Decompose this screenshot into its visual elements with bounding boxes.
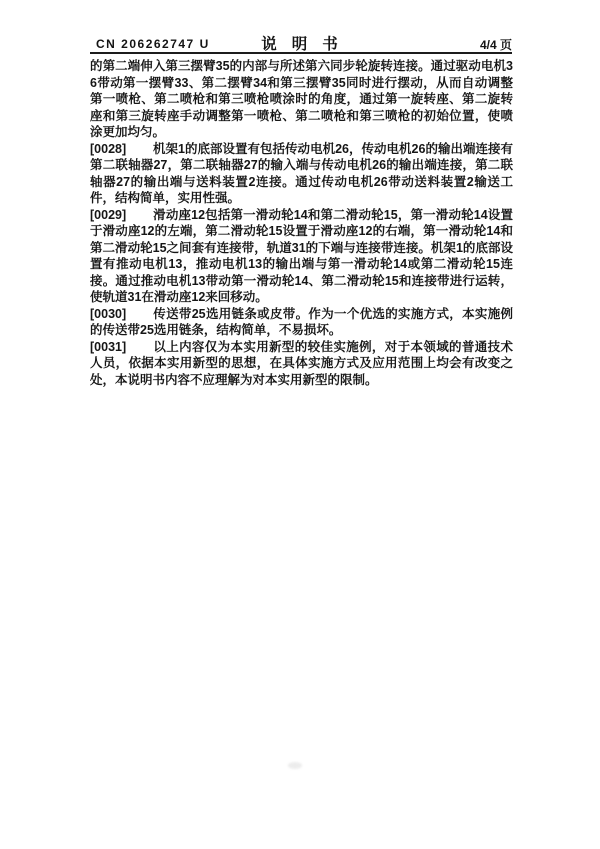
paragraph-number: [0030] [90,306,153,323]
paragraph-text: 滑动座12包括第一滑动轮14和第二滑动轮15，第一滑动轮14设置于滑动座12的左… [90,208,513,305]
paragraph-0028: [0028]机架1的底部设置有包括传动电机26，传动电机26的输出端连接有第二联… [90,141,513,207]
paragraph-number: [0031] [90,339,153,356]
paragraph-text: 机架1的底部设置有包括传动电机26，传动电机26的输出端连接有第二联轴器27，第… [90,142,513,206]
paragraph-text: 的第二端伸入第三摆臂35的内部与所述第六同步轮旋转连接。通过驱动电机36带动第一… [90,59,513,139]
paragraph-0030: [0030]传送带25选用链条或皮带。作为一个优选的实施方式，本实施例的传送带2… [90,306,513,339]
document-number: CN 206262747 U [96,37,210,51]
paragraph-0031: [0031]以上内容仅为本实用新型的较佳实施例，对于本领域的普通技术人员，依据本… [90,339,513,389]
page-title: 说明书 [261,32,353,54]
paragraph-number: [0029] [90,207,153,224]
paragraph-0029: [0029]滑动座12包括第一滑动轮14和第二滑动轮15，第一滑动轮14设置于滑… [90,207,513,306]
header-divider [90,52,512,54]
page-indicator: 4/4 页 [480,36,512,53]
scan-smudge-artifact [288,762,302,769]
paragraph-continuation: 的第二端伸入第三摆臂35的内部与所述第六同步轮旋转连接。通过驱动电机36带动第一… [90,58,513,141]
paragraph-text: 以上内容仅为本实用新型的较佳实施例，对于本领域的普通技术人员，依据本实用新型的思… [90,340,513,387]
paragraph-text: 传送带25选用链条或皮带。作为一个优选的实施方式，本实施例的传送带25选用链条，… [90,307,513,338]
patent-specification-page: CN 206262747 U 说明书 4/4 页 的第二端伸入第三摆臂35的内部… [0,0,600,849]
specification-body: 的第二端伸入第三摆臂35的内部与所述第六同步轮旋转连接。通过驱动电机36带动第一… [90,58,513,388]
paragraph-number: [0028] [90,141,153,158]
